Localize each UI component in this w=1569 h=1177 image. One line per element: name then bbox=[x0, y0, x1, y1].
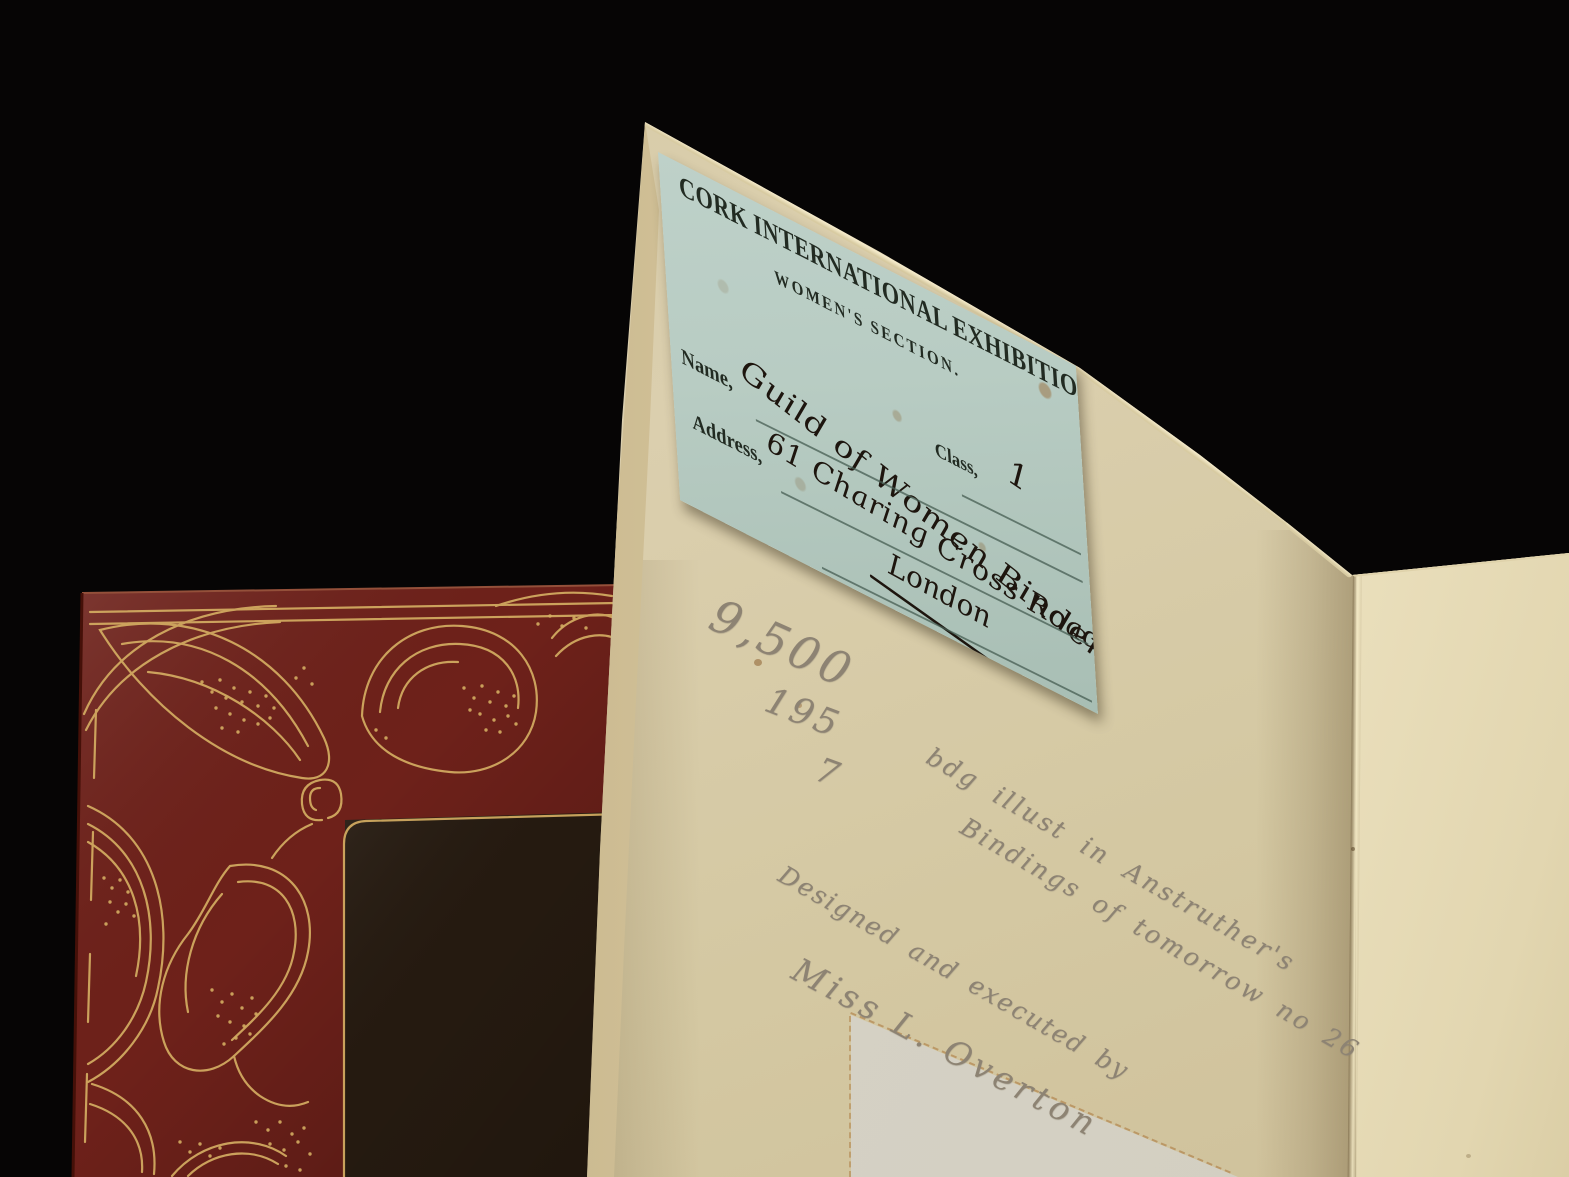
tissue-offset-line bbox=[849, 1016, 851, 1177]
gutter-shadow bbox=[1256, 530, 1356, 1177]
page-top-edge-highlight bbox=[1074, 364, 1290, 527]
label-class-value-handwritten: 1 bbox=[1007, 451, 1029, 503]
pencil-fraction-slash bbox=[0, 0, 126, 2]
photograph-stage: CORK INTERNATIONAL EXHIBITION. WOMEN'S S… bbox=[0, 0, 1569, 1177]
inlay-panel-shading bbox=[344, 812, 622, 1177]
label-ruled-line bbox=[756, 419, 1083, 583]
right-page bbox=[1354, 528, 1569, 1177]
label-title: CORK INTERNATIONAL EXHIBITION. bbox=[678, 172, 1067, 399]
pencil-fraction-denominator: 7 bbox=[810, 750, 844, 795]
label-address-caption: Address, bbox=[691, 408, 762, 470]
label-class-caption: Class, bbox=[934, 438, 978, 483]
label-name-caption: Name, bbox=[680, 343, 733, 396]
pencil-reference-note-line1: bdg illust in Anstruther's bbox=[922, 742, 1302, 978]
foxing-speck bbox=[1466, 1154, 1471, 1158]
foxing-speck bbox=[1351, 847, 1355, 851]
book-front-cover bbox=[60, 582, 622, 1177]
